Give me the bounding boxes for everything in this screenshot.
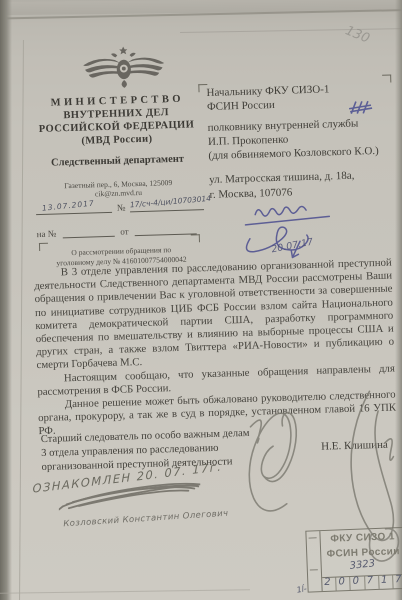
document-photo: 130 М И Н И С Т Е Р С Т В О ВН [0,0,402,600]
mvd-eagle-emblem-icon [79,43,168,96]
number-label: № [112,202,130,213]
recipient-block: Начальнику ФКУ СИЗО-1 ФСИН России полков… [206,80,397,203]
reference-line: 13.07.2017 № 17/сч-4/ци/10703014 на № от [36,196,205,239]
crop-mark [198,84,207,92]
ot-label: от [120,226,129,236]
stamp-date-cell: 2 [322,578,337,592]
date-field: 13.07.2017 [36,199,112,215]
number-field: 17/сч-4/ци/10703014 [129,196,203,212]
body-paragraph: В 3 отделе управления по расследованию о… [34,257,395,373]
handwritten-date: 13.07.2017 [42,199,96,213]
stamp-date-cell: 7 [393,575,402,588]
letter-sheet: 130 М И Н И С Т Е Р С Т В О ВН [0,0,402,600]
crop-mark [191,234,200,242]
department-name: Следственный департамент [30,153,204,169]
stamp-side-column: 1ĺ- [306,531,322,591]
inmate-fullname-handwritten: Козловский Константин Олегович [63,509,229,530]
prison-intake-stamp: 1ĺ- ФКУ СИЗО 1 ФСИН России 3323 2 0 0 7 … [305,527,402,593]
na-no-label: на № [37,229,57,240]
stamp-date-cell: 0 [350,576,365,590]
letter-body: В 3 отделе управления по расследованию о… [34,257,397,439]
na-no-field [62,223,114,239]
stamp-side-mark: 1ĺ- [296,584,308,595]
letterhead: М И Н И С Т Е Р С Т В О ВНУТРЕННИХ ДЕЛ Р… [29,92,206,200]
signer-name: Н.Е. Клишина [321,439,388,453]
blue-resolution-scribble [233,195,385,263]
blue-resolution-date: 20.07.17 [270,237,314,256]
stamp-date-cell: 1 [379,575,394,589]
stamp-date-cell: 7 [365,576,380,590]
stamp-incoming-number: 3323 [349,558,375,572]
stamp-org-line: ФКУ СИЗО 1 [320,531,402,546]
stamp-date-cell: 0 [336,577,351,591]
pencil-page-number: 130 [343,23,372,46]
crop-mark [382,75,391,83]
ot-field [134,220,196,236]
stamp-incoming-number-field: 3323 [321,557,402,577]
